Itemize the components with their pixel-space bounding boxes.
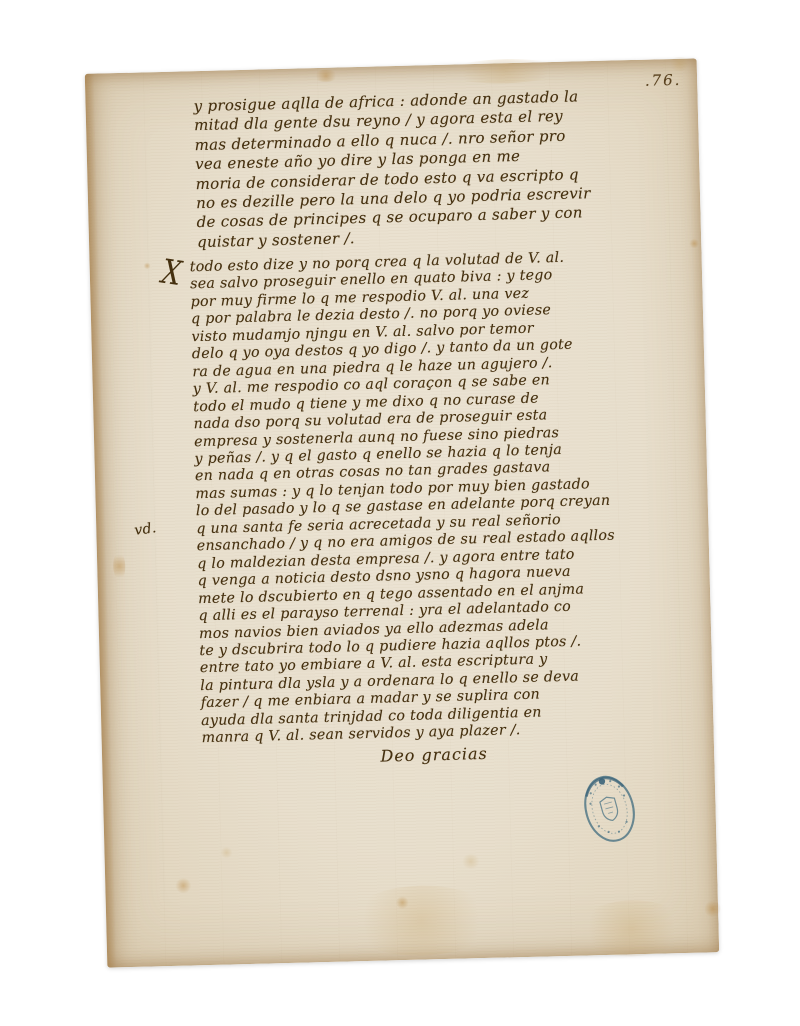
scan-canvas: .76. y prosigue aqlla de africa : adonde… <box>0 0 800 1026</box>
foxing-spot <box>175 877 191 893</box>
stain <box>445 58 566 85</box>
stain <box>576 899 687 958</box>
manuscript-page: .76. y prosigue aqlla de africa : adonde… <box>85 58 719 967</box>
foxing-spot <box>220 846 232 858</box>
paragraph-cross-mark: X <box>159 253 184 294</box>
foxing-spot <box>704 900 721 917</box>
foxing-spot <box>461 854 481 869</box>
stain <box>345 884 497 958</box>
foxing-spot <box>669 57 691 72</box>
foxing-spot <box>113 551 126 581</box>
deckle-edge <box>85 74 117 968</box>
foxing-spot <box>144 262 151 269</box>
foxing-spot <box>689 238 699 248</box>
library-stamp-icon <box>573 765 645 853</box>
paragraph-1: y prosigue aqlla de africa : adonde an g… <box>193 86 653 253</box>
margin-note: vd. <box>133 520 157 539</box>
foxing-spot <box>396 896 409 909</box>
paragraph-2: todo esto dize y no porq crea q la volut… <box>190 248 666 748</box>
foxing-spot <box>313 69 339 82</box>
